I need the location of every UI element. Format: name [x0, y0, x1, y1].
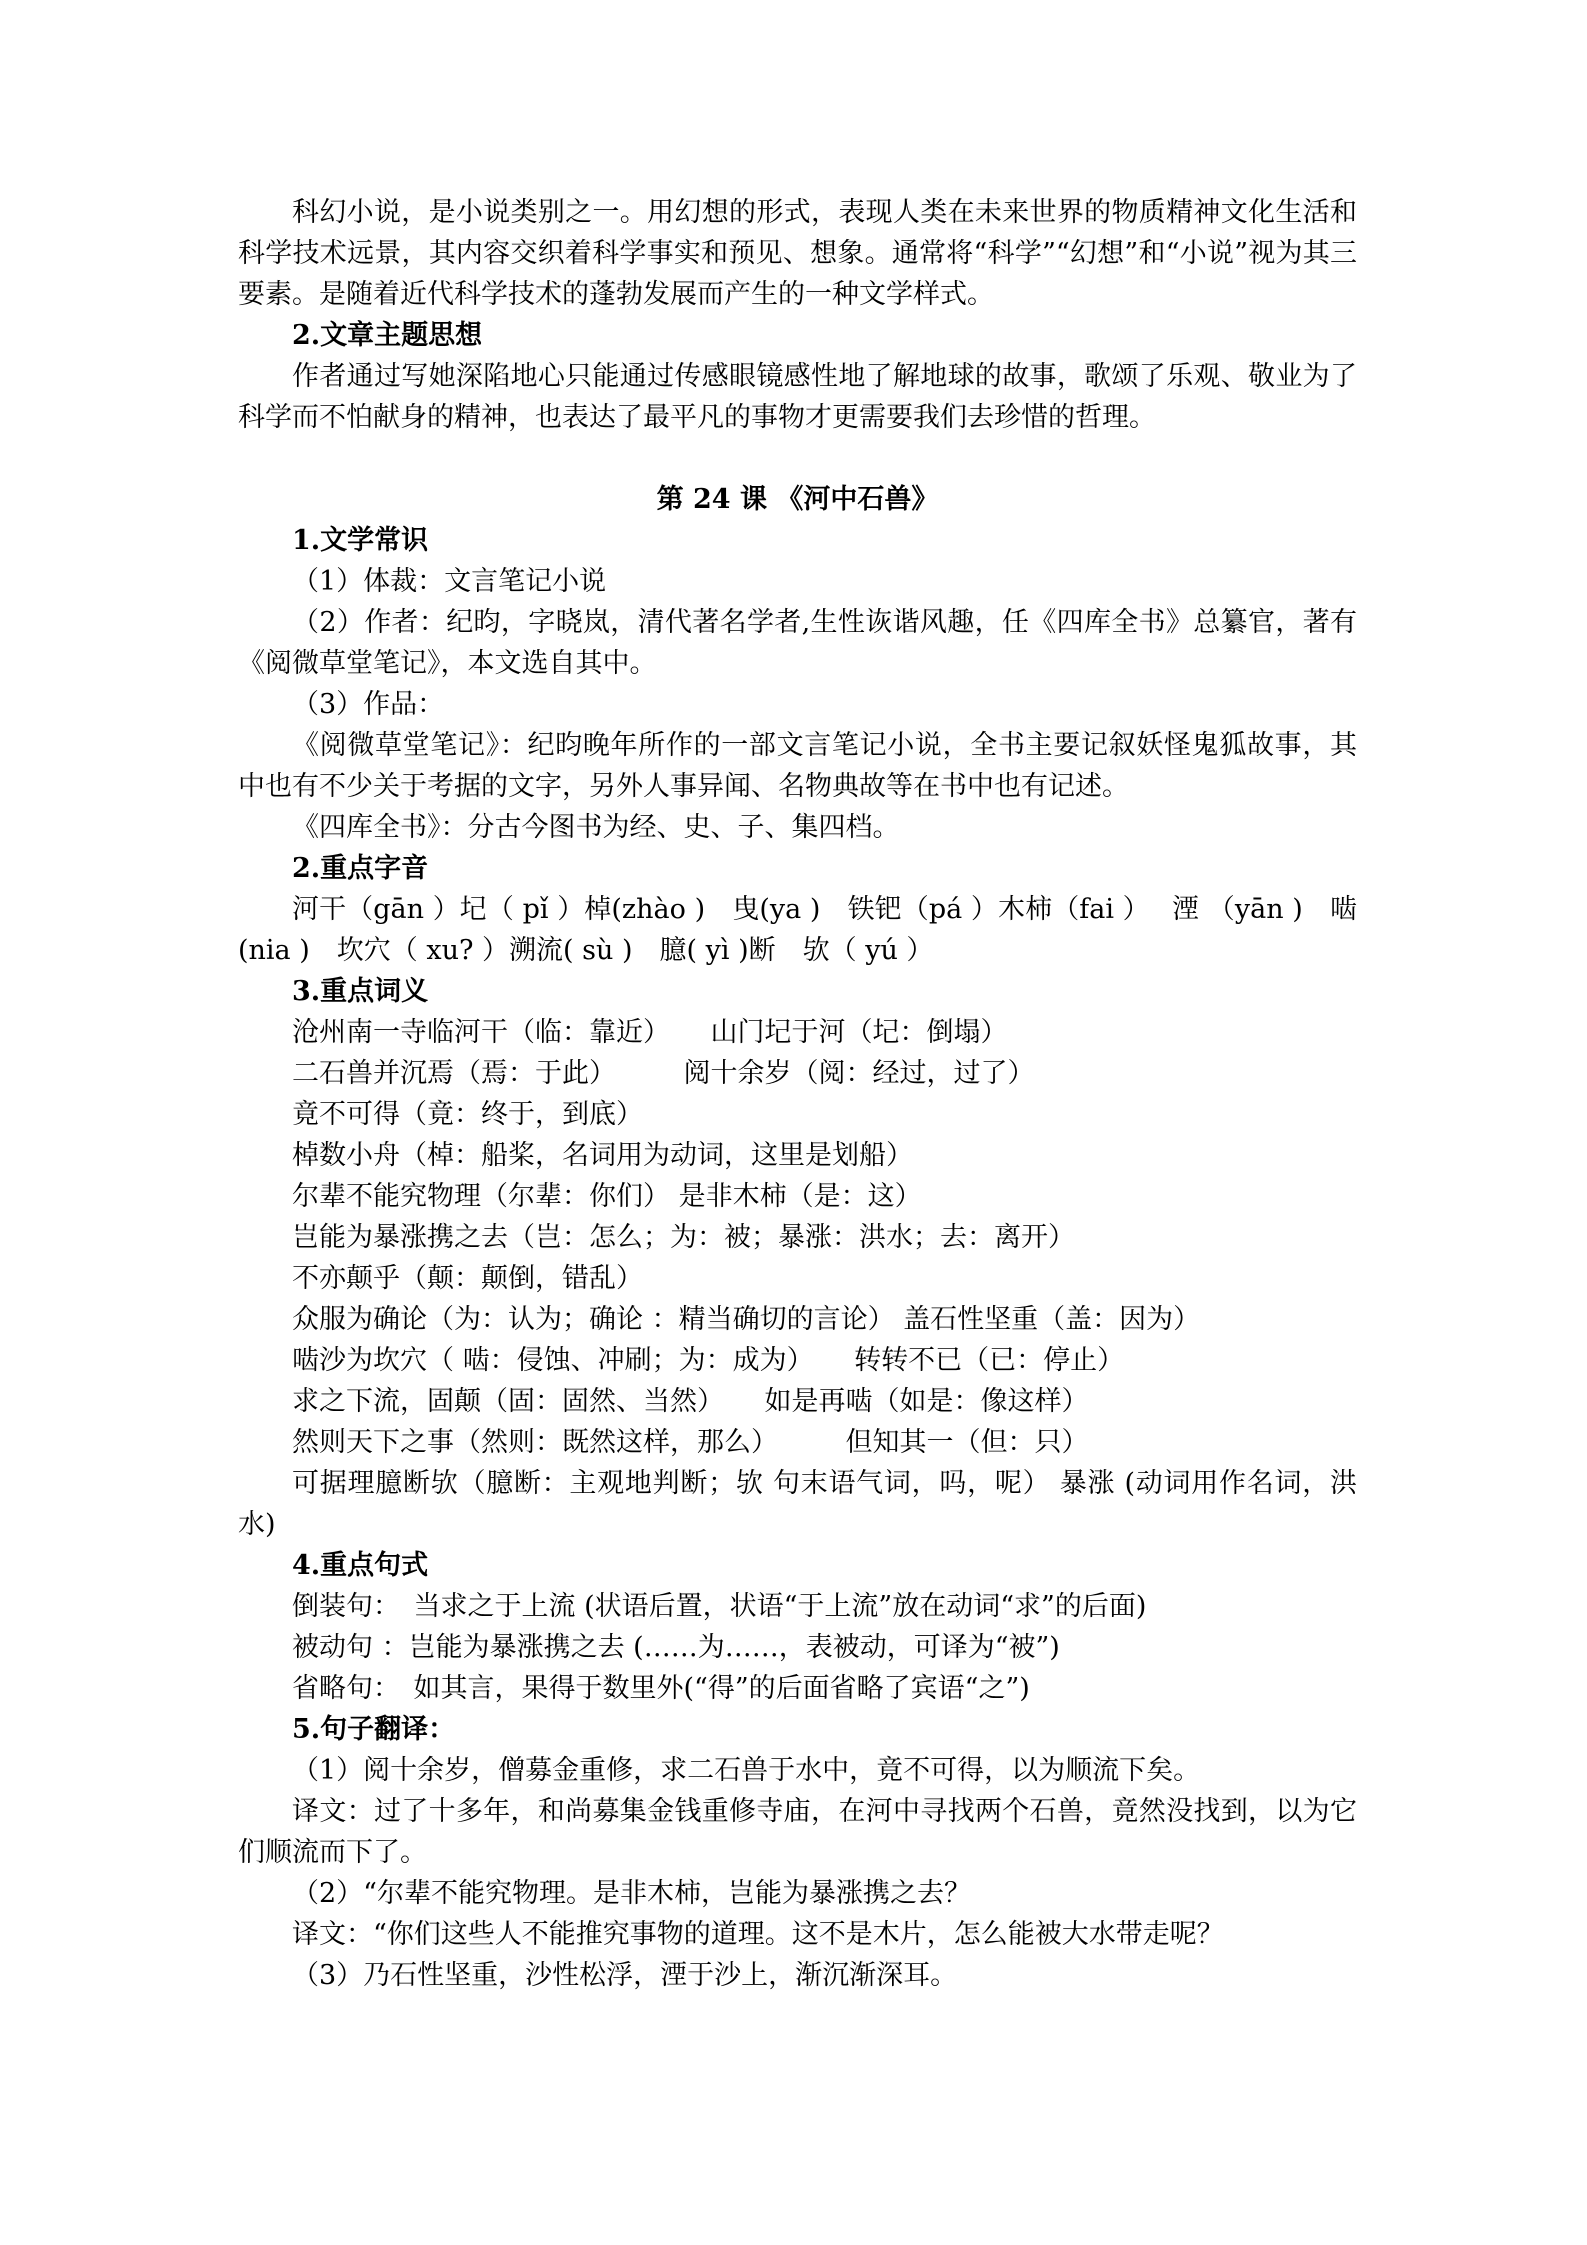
author-line: （2）作者：纪昀，字晓岚，清代著名学者,生性诙谐风趣，任《四库全书》总纂官，著有… — [238, 602, 1357, 684]
word-meaning-line-5: 尔辈不能究物理（尔辈：你们） 是非木柿（是：这） — [238, 1176, 1357, 1217]
document-page: 科幻小说，是小说类别之一。用幻想的形式，表现人类在未来世界的物质精神文化生活和科… — [0, 0, 1587, 2245]
word-meaning-line-10: 求之下流，固颠（固：固然、当然） 如是再啮（如是：像这样） — [238, 1381, 1357, 1422]
word-meaning-line-11: 然则天下之事（然则：既然这样，那么） 但知其一（但：只） — [238, 1422, 1357, 1463]
word-meaning-line-7: 不亦颠乎（颠：颠倒，错乱） — [238, 1258, 1357, 1299]
article-theme-paragraph: 作者通过写她深陷地心只能通过传感眼镜感性地了解地球的故事，歌颂了乐观、敬业为了科… — [238, 356, 1357, 438]
yuewei-caotang-paragraph: 《阅微草堂笔记》：纪昀晚年所作的一部文言笔记小说，全书主要记叙妖怪鬼狐故事，其中… — [238, 725, 1357, 807]
works-line: （3）作品： — [238, 684, 1357, 725]
inverted-sentence-line: 倒装句： 当求之于上流 (状语后置，状语“于上流”放在动词“求”的后面) — [238, 1586, 1357, 1627]
pronunciations-line: 河干（gān ）圮（ pǐ ）棹(zhào ) 曳(ya ) 铁钯（pá ）木柿… — [238, 889, 1357, 971]
translation-2-source: （2）“尔辈不能究物理。是非木柿，岂能为暴涨携之去？ — [238, 1873, 1357, 1914]
word-meaning-line-6: 岂能为暴涨携之去（岂：怎么；为：被；暴涨：洪水；去：离开） — [238, 1217, 1357, 1258]
word-meaning-line-8: 众服为确论（为：认为；确论 ：精当确切的言论） 盖石性坚重（盖：因为） — [238, 1299, 1357, 1340]
word-meaning-line-1: 沧州南一寺临河干（临：靠近） 山门圮于河（圮：倒塌） — [238, 1012, 1357, 1053]
translation-1-target: 译文：过了十多年，和尚募集金钱重修寺庙，在河中寻找两个石兽，竟然没找到，以为它们… — [238, 1791, 1357, 1873]
word-meaning-line-12: 可据理臆断欤（臆断：主观地判断；欤 句末语气词，吗，呢） 暴涨 (动词用作名词，… — [238, 1463, 1357, 1545]
genre-line: （1）体裁：文言笔记小说 — [238, 561, 1357, 602]
word-meaning-line-3: 竟不可得（竟：终于，到底） — [238, 1094, 1357, 1135]
translation-3-source: （3）乃石性坚重，沙性松浮，湮于沙上，渐沉渐深耳。 — [238, 1955, 1357, 1996]
heading-key-pronunciations: 2.重点字音 — [238, 848, 1357, 889]
word-meaning-line-2: 二石兽并沉焉（焉：于此） 阅十余岁（阅：经过，过了） — [238, 1053, 1357, 1094]
lesson-title: 第 24 课 《河中石兽》 — [238, 479, 1357, 520]
siku-quanshu-line: 《四库全书》：分古今图书为经、史、子、集四档。 — [238, 807, 1357, 848]
heading-key-sentence-patterns: 4.重点句式 — [238, 1545, 1357, 1586]
elliptical-sentence-line: 省略句： 如其言，果得于数里外(“得”的后面省略了宾语“之”) — [238, 1668, 1357, 1709]
translation-2-target: 译文：“你们这些人不能推究事物的道理。这不是木片，怎么能被大水带走呢？ — [238, 1914, 1357, 1955]
heading-article-theme: 2.文章主题思想 — [238, 315, 1357, 356]
sci-fi-intro-paragraph: 科幻小说，是小说类别之一。用幻想的形式，表现人类在未来世界的物质精神文化生活和科… — [238, 192, 1357, 315]
translation-1-source: （1）阅十余岁，僧募金重修，求二石兽于水中，竟不可得，以为顺流下矣。 — [238, 1750, 1357, 1791]
word-meaning-line-9: 啮沙为坎穴（ 啮：侵蚀、冲刷；为：成为） 转转不已（已：停止） — [238, 1340, 1357, 1381]
heading-key-word-meanings: 3.重点词义 — [238, 971, 1357, 1012]
word-meaning-line-4: 棹数小舟（棹：船桨，名词用为动词，这里是划船） — [238, 1135, 1357, 1176]
heading-literary-knowledge: 1.文学常识 — [238, 520, 1357, 561]
heading-sentence-translation: 5.句子翻译： — [238, 1709, 1357, 1750]
passive-sentence-line: 被动句 ：岂能为暴涨携之去 (……为……，表被动，可译为“被”) — [238, 1627, 1357, 1668]
